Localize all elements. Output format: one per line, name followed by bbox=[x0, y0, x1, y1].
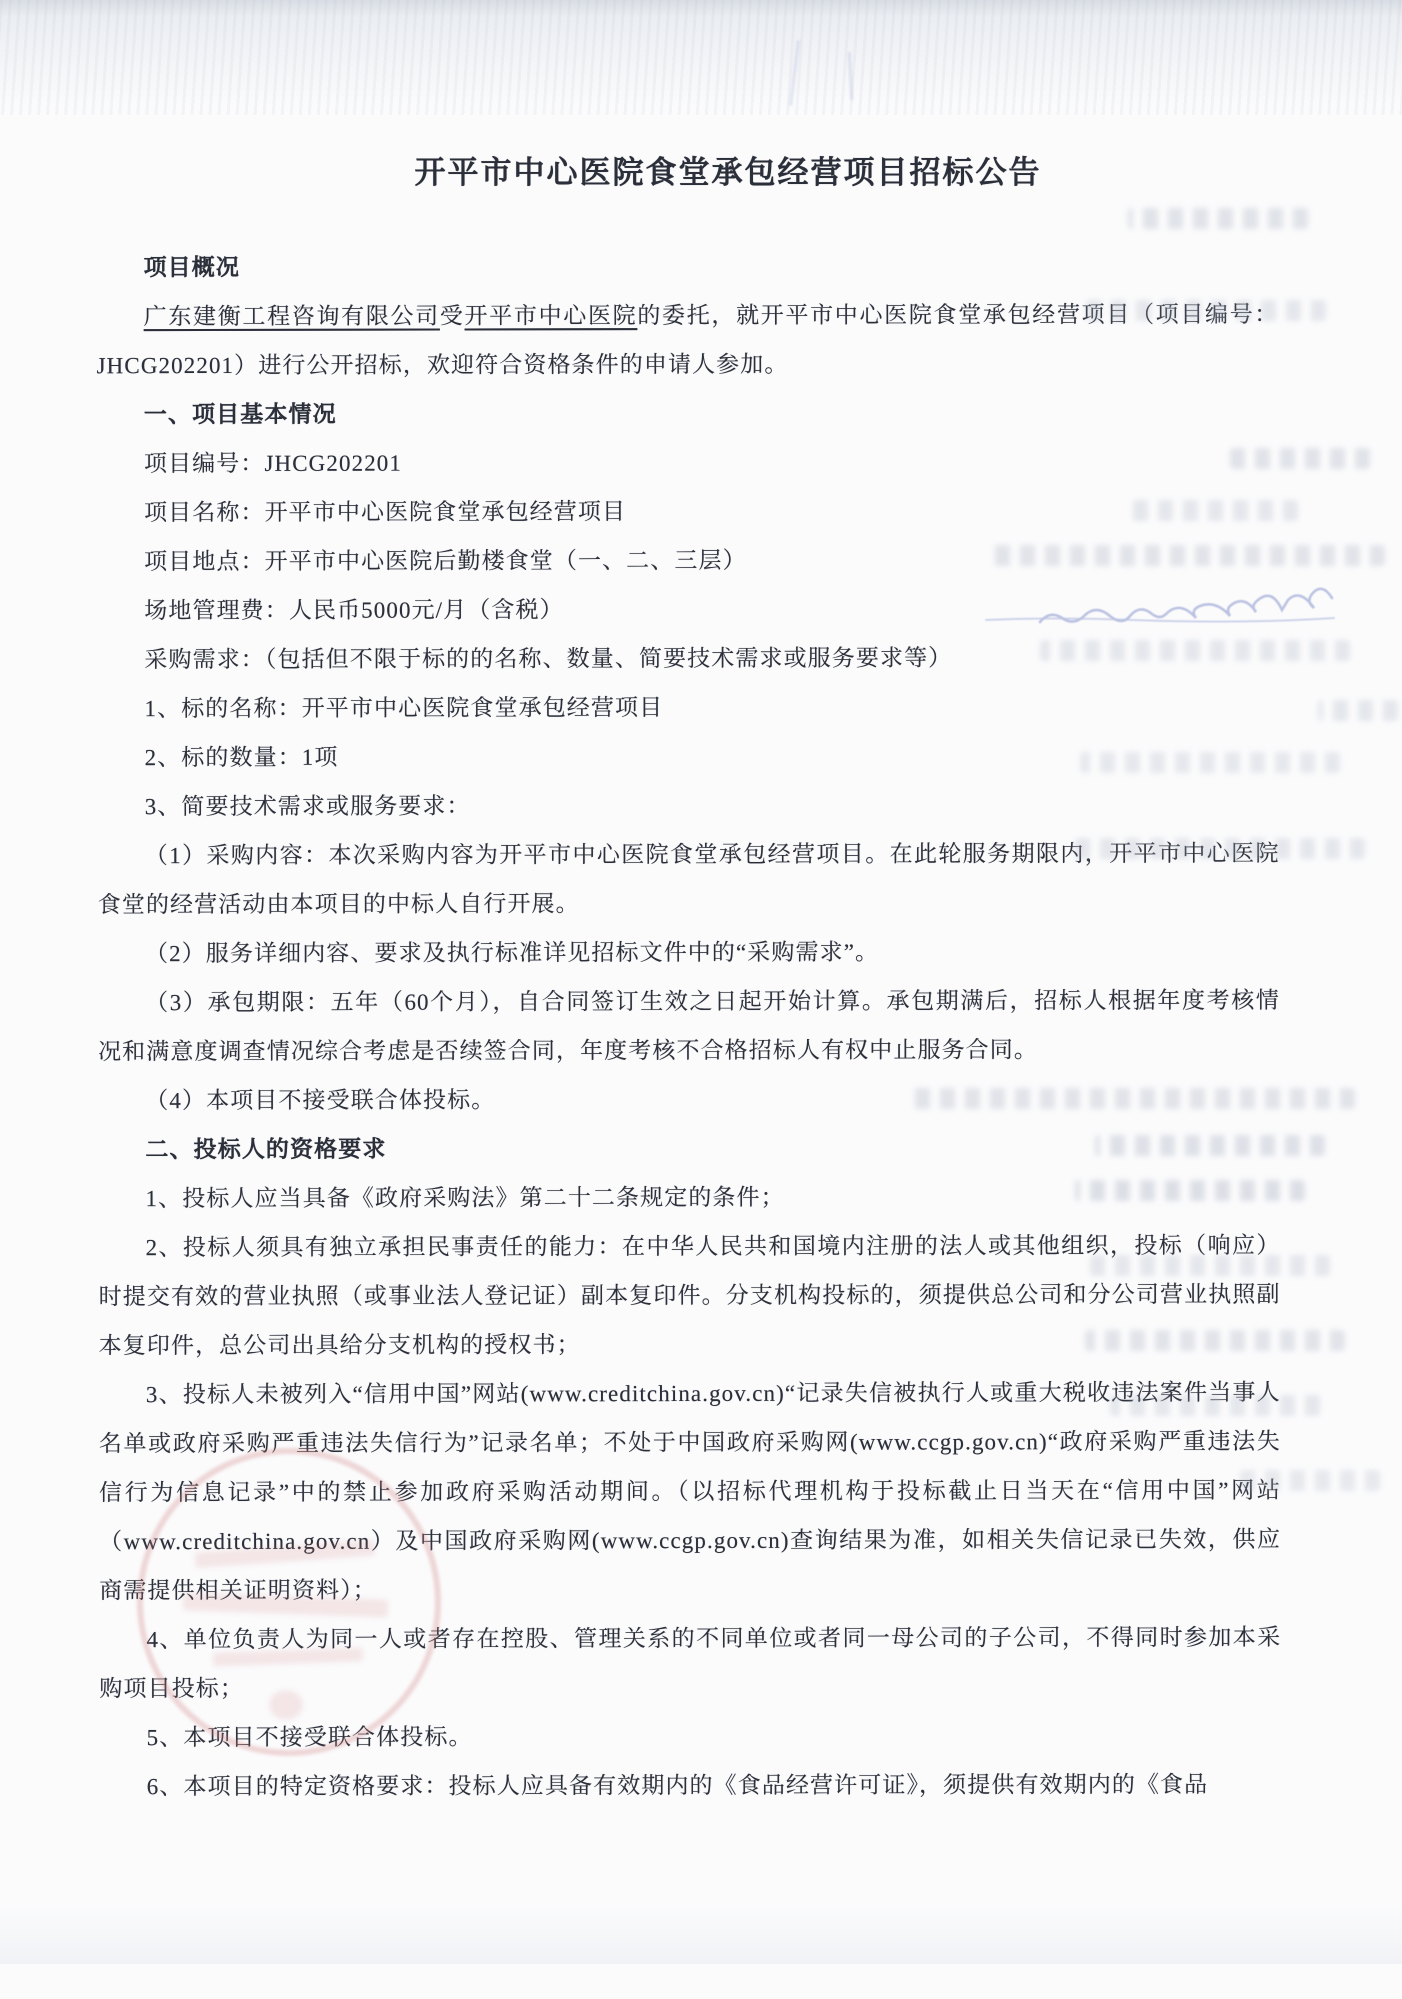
paragraph: 广东建衡工程咨询有限公司受开平市中心医院的委托，就开平市中心医院食堂承包经营项目… bbox=[96, 290, 1278, 390]
section-heading: 项目概况 bbox=[96, 241, 1278, 292]
paragraph: 5、本项目不接受联合体投标。 bbox=[99, 1711, 1281, 1762]
section-heading: 一、项目基本情况 bbox=[97, 388, 1279, 439]
paragraph: 项目名称：开平市中心医院食堂承包经营项目 bbox=[97, 486, 1279, 537]
page-title: 开平市中心医院食堂承包经营项目招标公告 bbox=[27, 148, 1402, 197]
text-segment: 项目概况 bbox=[144, 255, 240, 280]
paragraph: 2、投标人须具有独立承担民事责任的能力：在中华人民共和国境内注册的法人或其他组织… bbox=[98, 1221, 1280, 1370]
section-heading: 二、投标人的资格要求 bbox=[98, 1123, 1280, 1174]
text-segment: （1）采购内容：本次采购内容为开平市中心医院食堂承包经营项目。在此轮服务期限内，… bbox=[98, 841, 1280, 917]
text-segment: 二、投标人的资格要求 bbox=[145, 1137, 386, 1163]
paragraph: （1）采购内容：本次采购内容为开平市中心医院食堂承包经营项目。在此轮服务期限内，… bbox=[98, 829, 1280, 929]
paragraph: 采购需求：（包括但不限于标的的名称、数量、简要技术需求或服务要求等） bbox=[97, 633, 1279, 684]
paragraph: （4）本项目不接受联合体投标。 bbox=[98, 1074, 1280, 1125]
bleedthrough-smudge bbox=[1128, 208, 1308, 229]
pen-stroke bbox=[848, 52, 854, 100]
paragraph: （3）承包期限：五年（60个月），自合同签订生效之日起开始计算。承包期满后，招标… bbox=[98, 976, 1280, 1076]
text-segment: （3）承包期限：五年（60个月），自合同签订生效之日起开始计算。承包期满后，招标… bbox=[98, 988, 1280, 1064]
text-segment: 采购需求：（包括但不限于标的的名称、数量、简要技术需求或服务要求等） bbox=[144, 645, 952, 672]
text-segment: 1、投标人应当具备《政府采购法》第二十二条规定的条件； bbox=[145, 1185, 784, 1211]
bleedthrough-smudge bbox=[1318, 700, 1398, 721]
paragraph: 2、标的数量：1项 bbox=[97, 731, 1279, 782]
text-segment: 4、单位负责人为同一人或者存在控股、管理关系的不同单位或者同一母公司的子公司，不… bbox=[99, 1625, 1281, 1701]
paragraph: 4、单位负责人为同一人或者存在控股、管理关系的不同单位或者同一母公司的子公司，不… bbox=[99, 1613, 1281, 1713]
paragraph: 项目编号：JHCG202201 bbox=[97, 437, 1279, 488]
scan-bottom-shade bbox=[0, 1904, 1402, 1964]
paragraph: 场地管理费：人民币5000元/月（含税） bbox=[97, 584, 1279, 635]
text-segment: 6、本项目的特定资格要求：投标人应具备有效期内的《食品经营许可证》，须提供有效期… bbox=[147, 1772, 1209, 1799]
text-segment: 3、简要技术需求或服务要求： bbox=[145, 793, 471, 819]
text-segment: 项目编号：JHCG202201 bbox=[144, 451, 402, 477]
underlined-entity-name: 广东建衡工程咨询有限公司 bbox=[144, 304, 440, 330]
underlined-entity-name: 开平市中心医院 bbox=[465, 303, 638, 328]
text-segment: 2、标的数量：1项 bbox=[145, 745, 339, 770]
paragraph: （2）服务详细内容、要求及执行标准详见招标文件中的“采购需求”。 bbox=[98, 927, 1280, 978]
document-body: 项目概况广东建衡工程咨询有限公司受开平市中心医院的委托，就开平市中心医院食堂承包… bbox=[96, 241, 1281, 1811]
text-segment: 项目地点：开平市中心医院后勤楼食堂（一、二、三层） bbox=[144, 548, 747, 574]
text-segment: （4）本项目不接受联合体投标。 bbox=[145, 1087, 495, 1113]
paragraph: 3、简要技术需求或服务要求： bbox=[97, 780, 1279, 831]
text-segment: 受 bbox=[440, 303, 465, 328]
paragraph: 项目地点：开平市中心医院后勤楼食堂（一、二、三层） bbox=[97, 535, 1279, 586]
paragraph: 1、标的名称：开平市中心医院食堂承包经营项目 bbox=[97, 682, 1279, 733]
text-segment: （2）服务详细内容、要求及执行标准详见招标文件中的“采购需求”。 bbox=[145, 940, 879, 967]
scan-edge-band bbox=[0, 0, 1402, 115]
paragraph: 6、本项目的特定资格要求：投标人应具备有效期内的《食品经营许可证》，须提供有效期… bbox=[100, 1760, 1282, 1811]
paragraph: 1、投标人应当具备《政府采购法》第二十二条规定的条件； bbox=[98, 1172, 1280, 1223]
text-segment: 1、标的名称：开平市中心医院食堂承包经营项目 bbox=[144, 695, 663, 721]
text-segment: 场地管理费：人民币5000元/月（含税） bbox=[144, 597, 563, 623]
text-segment: 3、投标人未被列入“信用中国”网站(www.creditchina.gov.cn… bbox=[99, 1380, 1281, 1603]
paragraph: 3、投标人未被列入“信用中国”网站(www.creditchina.gov.cn… bbox=[99, 1368, 1282, 1615]
text-segment: 一、项目基本情况 bbox=[144, 402, 337, 427]
text-segment: 2、投标人须具有独立承担民事责任的能力：在中华人民共和国境内注册的法人或其他组织… bbox=[99, 1233, 1281, 1358]
pen-stroke bbox=[789, 40, 800, 106]
text-segment: 项目名称：开平市中心医院食堂承包经营项目 bbox=[144, 499, 626, 525]
text-segment: 5、本项目不接受联合体投标。 bbox=[147, 1724, 473, 1750]
